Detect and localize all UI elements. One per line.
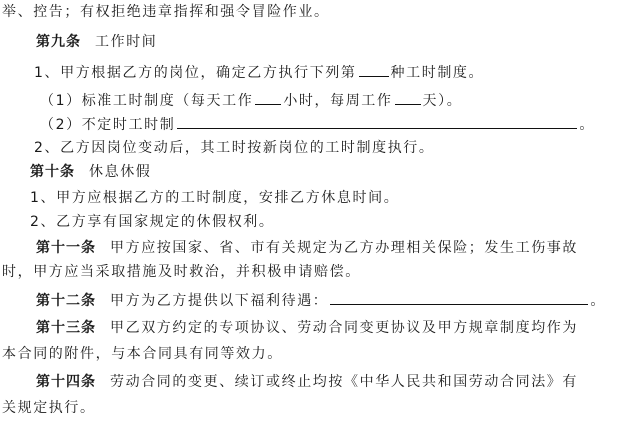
weekly-days-blank[interactable] xyxy=(395,90,421,105)
clause-heading: 第十四条 xyxy=(36,374,96,390)
flexible-hours-blank[interactable] xyxy=(177,114,577,129)
clause-heading: 第十二条 xyxy=(36,293,96,309)
clause-text-line: 2、乙方因岗位变动后，其工时按新岗位的工时制度执行。 xyxy=(34,138,435,158)
clause-text-line: 关规定执行。 xyxy=(2,398,96,418)
clause-text-line: 时，甲方应当采取措施及时救治，并积极申请赔偿。 xyxy=(2,262,361,282)
clause-title: 工作时间 xyxy=(95,34,157,50)
clause-13-line: 第十三条甲乙双方约定的专项协议、劳动合同变更协议及甲方规章制度均作为 xyxy=(36,318,578,338)
text-fragment: 甲方为乙方提供以下福利待遇： xyxy=(110,293,328,309)
clause-14-line: 第十四条劳动合同的变更、续订或终止均按《中华人民共和国劳动合同法》有 xyxy=(36,372,578,392)
benefits-blank[interactable] xyxy=(330,290,588,305)
text-fragment: 天）。 xyxy=(423,93,463,109)
clause-12-line: 第十二条甲方为乙方提供以下福利待遇：。 xyxy=(36,290,606,310)
clause-text-line: 1、甲方应根据乙方的工时制度，安排乙方休息时间。 xyxy=(30,188,399,208)
clause-heading: 第十三条 xyxy=(36,320,96,336)
daily-hours-blank[interactable] xyxy=(255,90,281,105)
clause-heading: 第十条 xyxy=(30,164,75,180)
clause-10-line: 第十条休息休假 xyxy=(30,162,151,182)
text-fragment: 1、甲方根据乙方的岗位，确定乙方执行下列第 xyxy=(34,65,357,81)
clause-body: 甲方应按国家、省、市有关规定为乙方办理相关保险；发生工伤事故 xyxy=(110,240,578,256)
standard-hours-line: （1）标准工时制度（每天工作小时，每周工作天）。 xyxy=(40,90,462,110)
clause-title: 休息休假 xyxy=(89,164,151,180)
clause-heading: 第十一条 xyxy=(36,240,96,256)
text-fragment: 。 xyxy=(579,117,595,133)
text-fragment: 小时，每周工作 xyxy=(283,93,392,109)
clause-body: 劳动合同的变更、续订或终止均按《中华人民共和国劳动合同法》有 xyxy=(110,374,578,390)
clause-text-line: 举、控告；有权拒绝违章指挥和强令冒险作业。 xyxy=(2,2,330,22)
clause-body: 甲乙双方约定的专项协议、劳动合同变更协议及甲方规章制度均作为 xyxy=(110,320,578,336)
flexible-hours-line: （2）不定时工时制。 xyxy=(40,114,595,134)
hours-system-blank[interactable] xyxy=(359,62,389,77)
text-fragment: （2）不定时工时制 xyxy=(40,117,175,133)
text-fragment: （1）标准工时制度（每天工作 xyxy=(40,93,253,109)
text-fragment: 。 xyxy=(590,293,606,309)
clause-11-line: 第十一条甲方应按国家、省、市有关规定为乙方办理相关保险；发生工伤事故 xyxy=(36,238,578,258)
clause-text-line: 2、乙方享有国家规定的休假权利。 xyxy=(30,212,275,232)
work-hours-system-line: 1、甲方根据乙方的岗位，确定乙方执行下列第种工时制度。 xyxy=(34,62,484,82)
clause-text-line: 本合同的附件，与本合同具有同等效力。 xyxy=(2,344,283,364)
clause-9-line: 第九条工作时间 xyxy=(36,32,157,52)
clause-heading: 第九条 xyxy=(36,34,81,50)
text-fragment: 种工时制度。 xyxy=(391,65,485,81)
